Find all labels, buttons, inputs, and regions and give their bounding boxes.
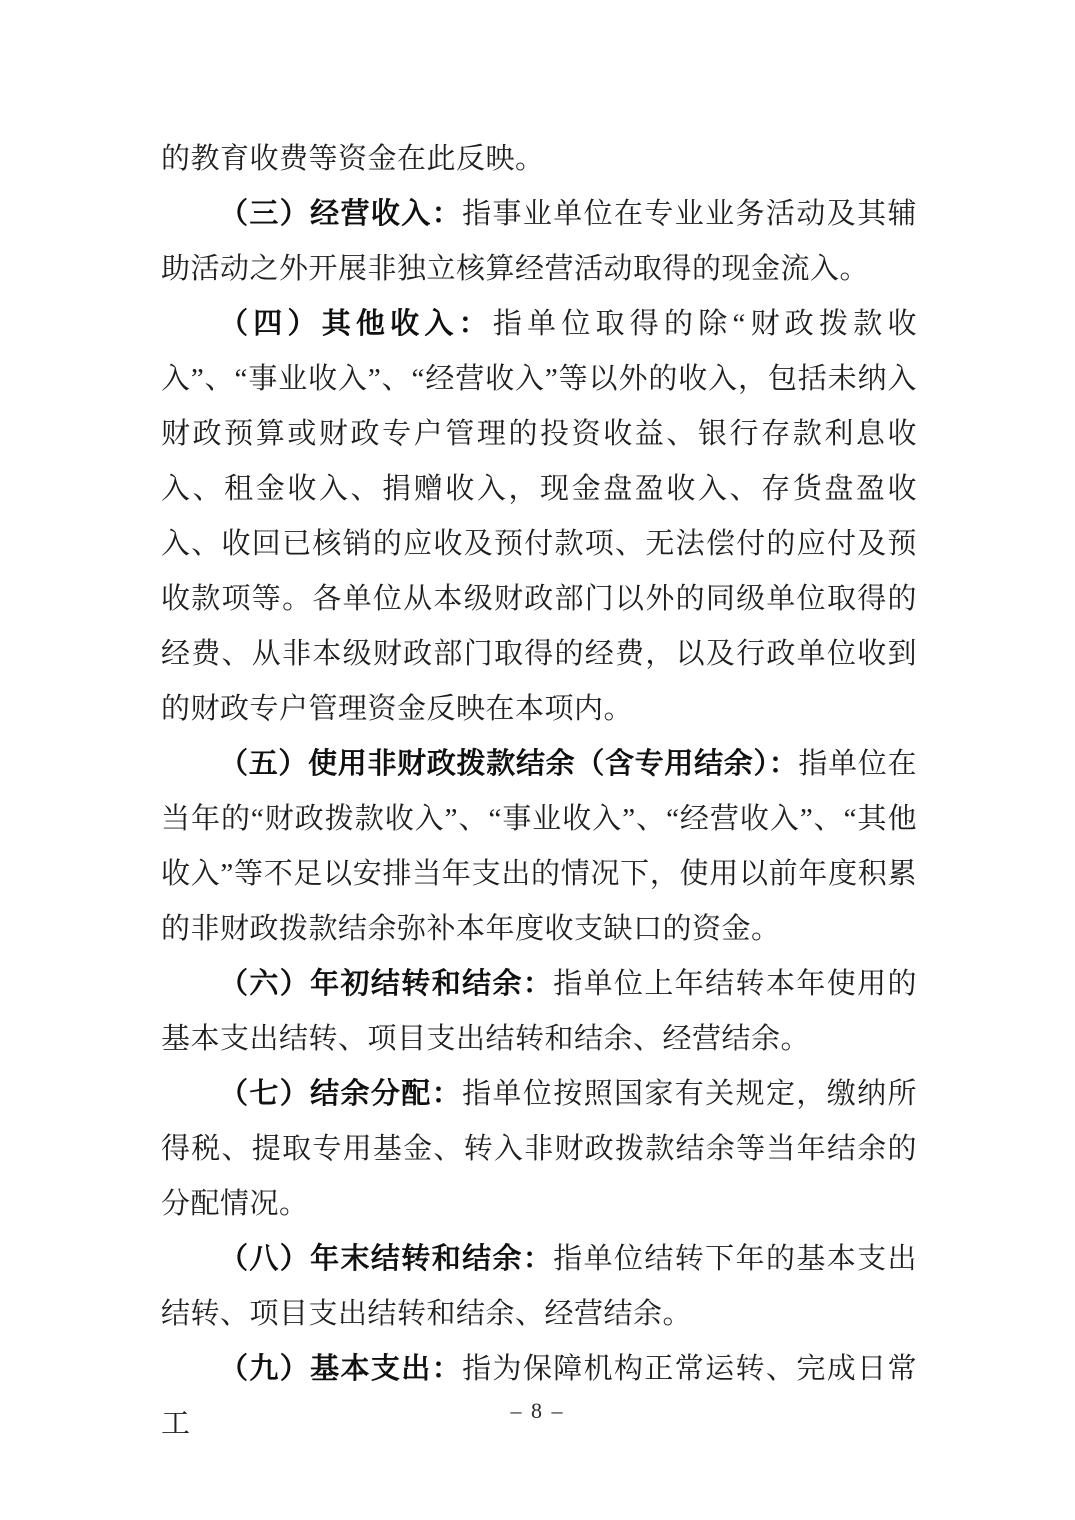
section-heading: （五）使用非财政拨款结余（含专用结余）： <box>219 748 798 780</box>
section-heading: （三）经营收入： <box>219 198 462 230</box>
section-heading: （八）年末结转和结余： <box>219 1243 553 1275</box>
paragraph: 的教育收费等资金在此反映。 <box>161 132 917 187</box>
page-footer: – 8 – <box>0 1396 1075 1426</box>
paragraph: （六）年初结转和结余：指单位上年结转本年使用的基本支出结转、项目支出结转和结余、… <box>161 957 917 1067</box>
section-heading: （六）年初结转和结余： <box>219 968 553 1000</box>
document-page: 的教育收费等资金在此反映。 （三）经营收入：指事业单位在专业业务活动及其辅助活动… <box>0 0 1075 1520</box>
paragraph: （四）其他收入：指单位取得的除“财政拨款收入”、“事业收入”、“经营收入”等以外… <box>161 297 917 737</box>
paragraph-text: 指单位取得的除“财政拨款收入”、“事业收入”、“经营收入”等以外的收入，包括未纳… <box>161 308 917 725</box>
paragraph: （三）经营收入：指事业单位在专业业务活动及其辅助活动之外开展非独立核算经营活动取… <box>161 187 917 297</box>
paragraph: （七）结余分配：指单位按照国家有关规定，缴纳所得税、提取专用基金、转入非财政拨款… <box>161 1067 917 1232</box>
paragraph: （五）使用非财政拨款结余（含专用结余）：指单位在当年的“财政拨款收入”、“事业收… <box>161 737 917 957</box>
paragraph: （八）年末结转和结余：指单位结转下年的基本支出结转、项目支出结转和结余、经营结余… <box>161 1232 917 1342</box>
page-number: – 8 – <box>511 1398 565 1423</box>
paragraph-text: 的教育收费等资金在此反映。 <box>161 143 545 175</box>
section-heading: （九）基本支出： <box>219 1353 462 1385</box>
document-body: 的教育收费等资金在此反映。 （三）经营收入：指事业单位在专业业务活动及其辅助活动… <box>161 132 917 1452</box>
section-heading: （七）结余分配： <box>219 1078 462 1110</box>
section-heading: （四）其他收入： <box>219 308 493 340</box>
